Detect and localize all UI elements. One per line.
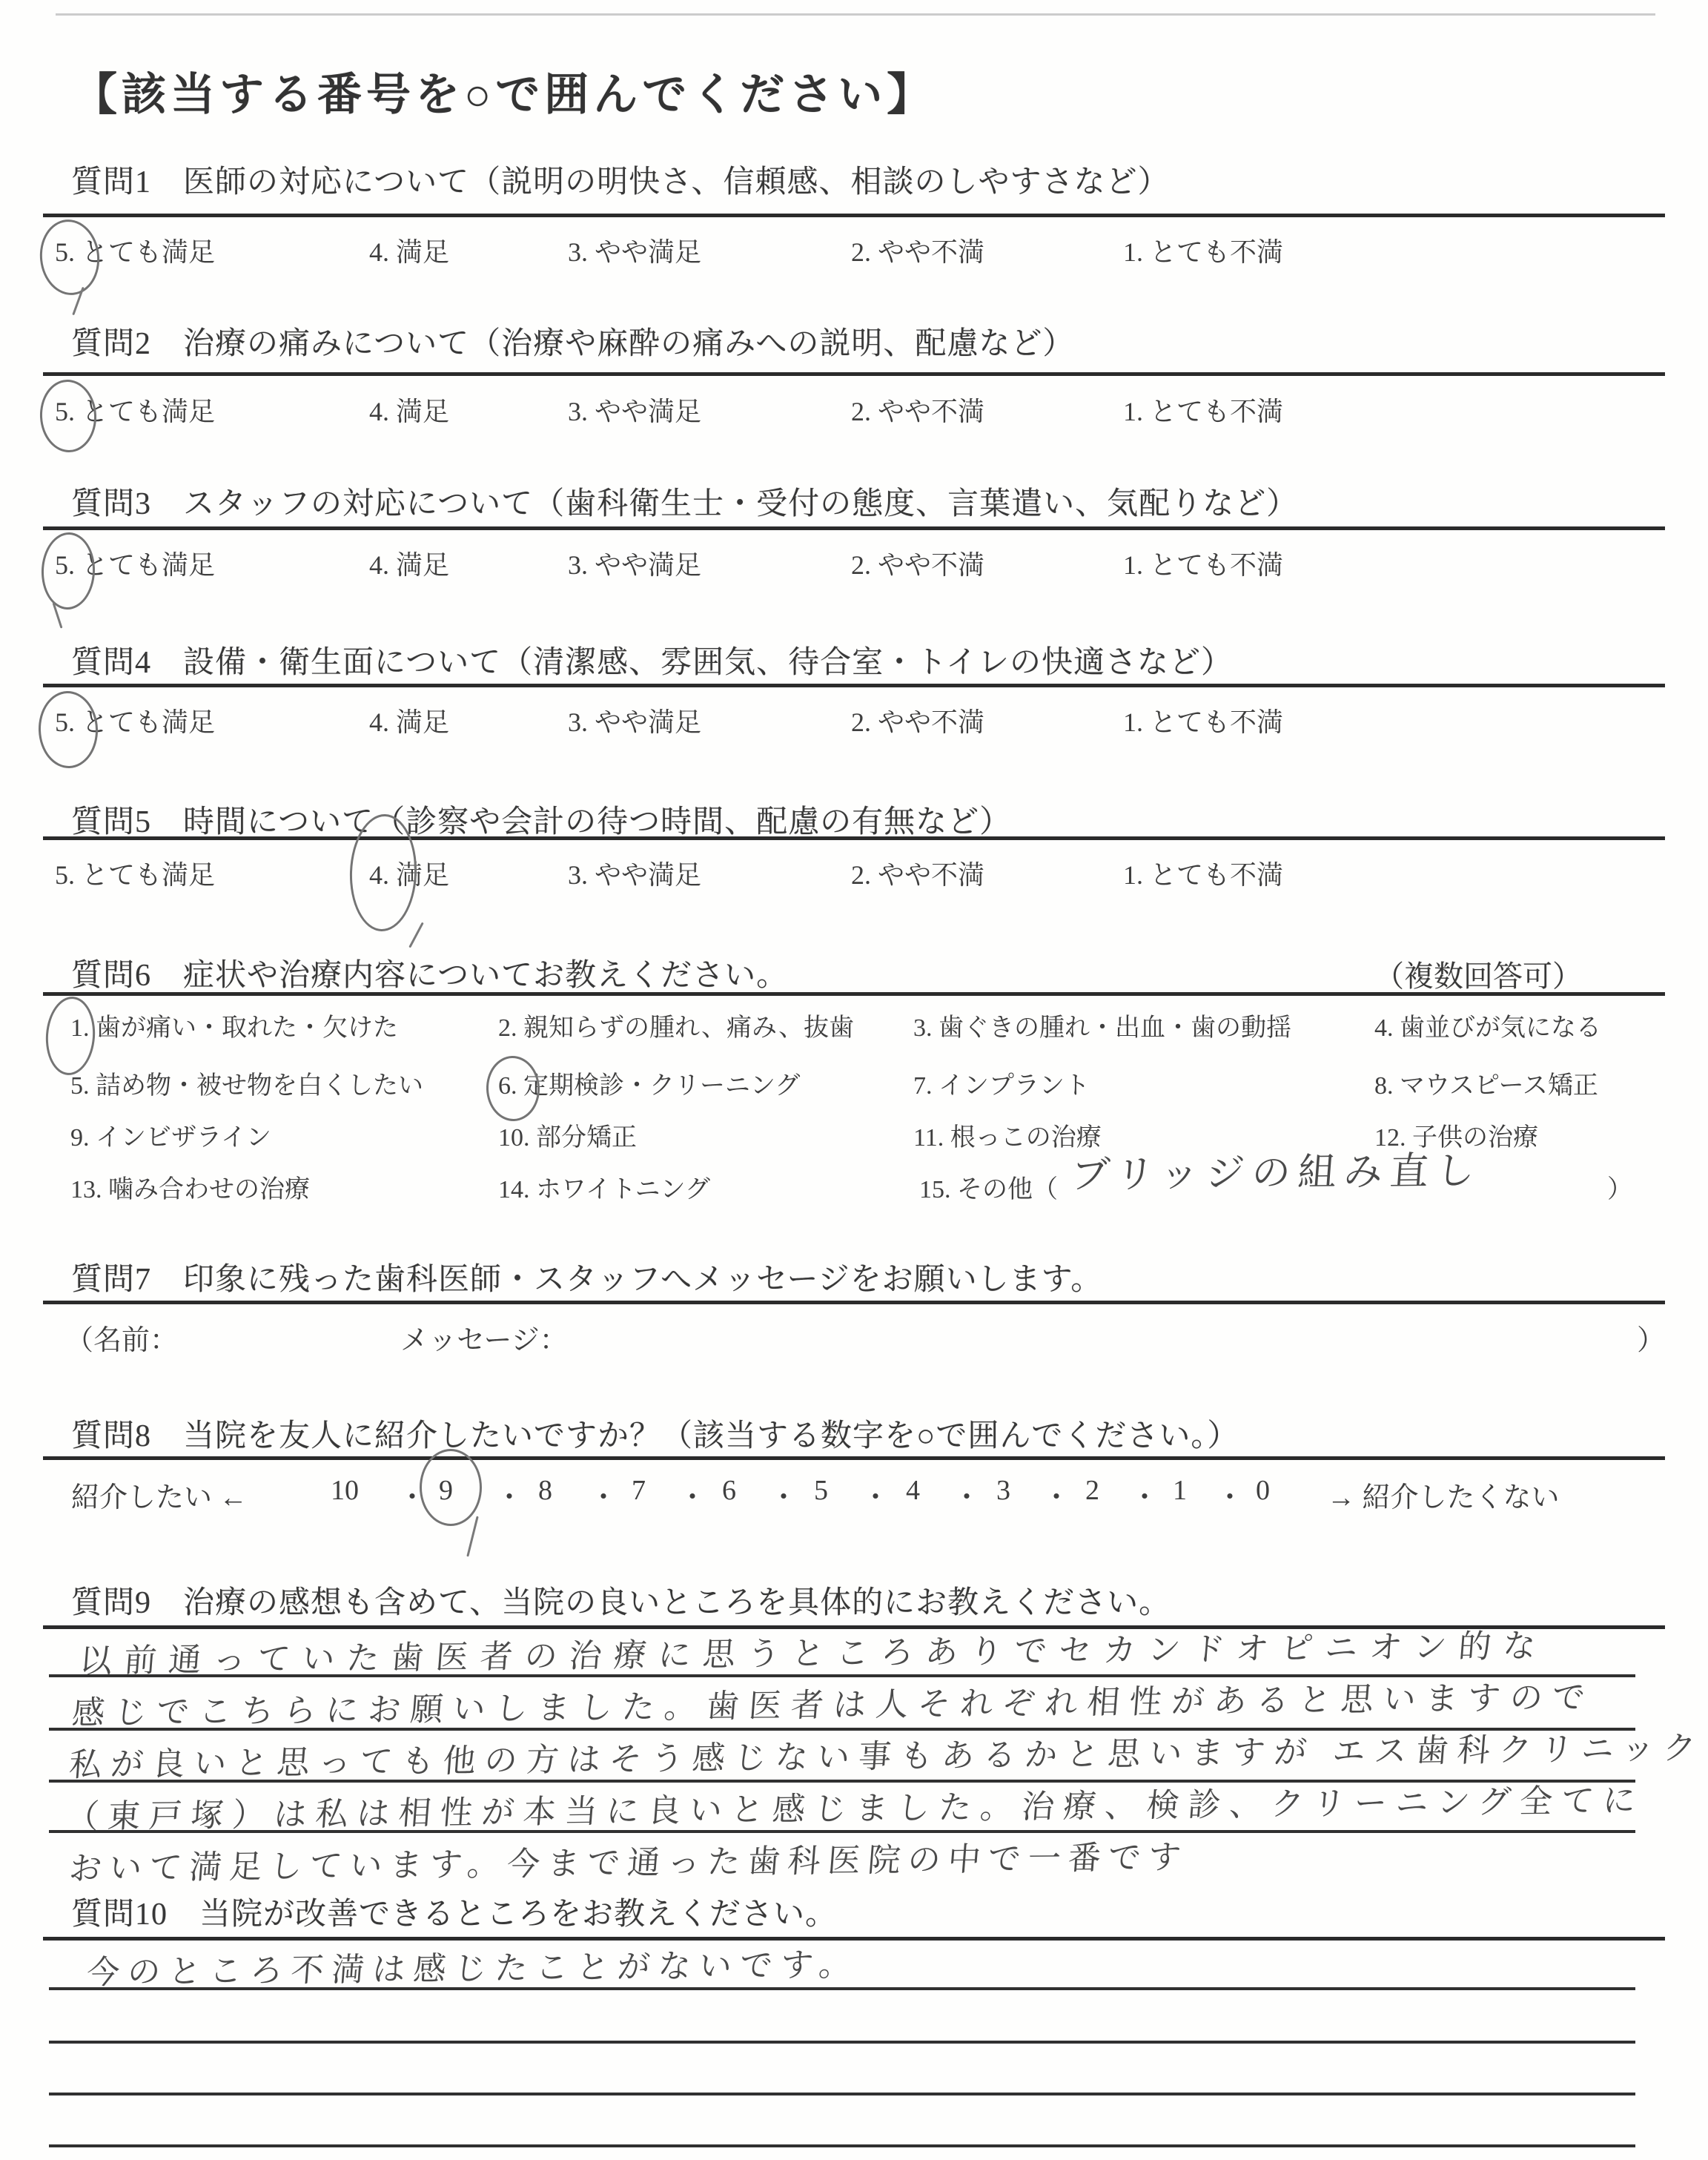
q1-option-4: 4. 満足 [369,231,449,269]
divider [43,684,1665,687]
q6-item-6: 6. 定期検診・クリーニング [498,1065,800,1101]
q9-heading: 質問9 治療の感想も含めて、当院の良いところを具体的にお教えください。 [71,1578,1171,1622]
q5-option-1: 1. とても不満 [1123,854,1283,892]
answer-line-rule [49,1987,1635,1990]
q9-answer-line-5: おいて満足しています。今まで通った歯科医院の中で一番です [67,1830,1191,1889]
q8-answer-circle [420,1449,482,1526]
divider [43,526,1665,530]
answer-line-rule [49,1830,1635,1833]
divider [43,214,1665,217]
q6-item-13: 13. 噛み合わせの治療 [70,1169,310,1205]
dot-separator: ・ [1216,1474,1244,1515]
q6-item-15-close-paren: ） [1607,1169,1632,1205]
q2-option-4: 4. 満足 [369,391,449,429]
q3-answer-circle [40,532,96,610]
q8-left-label: 紹介したい ← [71,1474,248,1515]
q6-other-handwritten-value: ブリッジの組み直し [1069,1139,1484,1199]
q6-item-5: 5. 詰め物・被せ物を白くしたい [70,1065,423,1101]
q6-heading: 質問6 症状や治療内容についてお教えください。 [71,951,788,995]
q10-answer-line: 今のところ不満は感じたことがないです。 [85,1938,861,1993]
q10-heading: 質問10 当院が改善できるところをお教えください。 [71,1889,837,1934]
q6-item-10: 10. 部分矯正 [498,1117,637,1153]
dot-separator: ・ [1131,1474,1159,1515]
answer-line-rule [49,2093,1635,2095]
q6-item-9: 9. インビザライン [70,1117,271,1153]
q4-option-2: 2. やや不満 [851,701,984,739]
dot-separator: ・ [589,1474,618,1515]
q8-number-7: 7 [632,1474,646,1507]
dot-separator: ・ [953,1474,981,1515]
q3-option-3: 3. やや満足 [568,544,701,582]
answer-line-rule [49,2144,1635,2147]
divider [43,372,1665,376]
q5-option-5: 5. とても満足 [55,854,215,892]
q8-number-2: 2 [1085,1474,1099,1507]
q6-item-3: 3. 歯ぐきの腫れ・出血・歯の動揺 [913,1007,1291,1043]
q8-number-3: 3 [996,1474,1010,1507]
q5-circle-tail [408,922,423,948]
q8-number-6: 6 [722,1474,736,1507]
page-title: 【該当する番号を○で囲んでください】 [73,59,936,123]
q8-number-5: 5 [814,1474,828,1507]
dot-separator: ・ [1042,1474,1070,1515]
dot-separator: ・ [769,1474,798,1515]
divider [43,836,1665,840]
q2-option-3: 3. やや満足 [568,391,701,429]
q5-heading: 質問5 時間について（診察や会計の待つ時間、配慮の有無など） [71,797,1011,842]
q8-number-10: 10 [331,1474,359,1507]
q6-item-2: 2. 親知らずの腫れ、痛み、抜歯 [498,1007,854,1043]
q6-item-14: 14. ホワイトニング [498,1169,710,1205]
q7-heading: 質問7 印象に残った歯科医師・スタッフへメッセージをお願いします。 [71,1255,1102,1299]
dot-separator: ・ [861,1474,890,1515]
q3-heading: 質問3 スタッフの対応について（歯科衛生士・受付の態度、言葉遣い、気配りなど） [71,479,1298,524]
q4-option-4: 4. 満足 [369,701,449,739]
q6-item-15: 15. その他（ [919,1169,1058,1205]
q1-answer-circle [36,217,103,298]
q3-option-2: 2. やや不満 [851,544,984,582]
q6-multi-answer-note: （複数回答可） [1374,953,1582,995]
q7-close-paren: ） [1637,1317,1665,1358]
q8-heading: 質問8 当院を友人に紹介したいですか？（該当する数字を○で囲んでください。） [71,1411,1239,1456]
q1-option-2: 2. やや不満 [851,231,984,269]
q3-option-1: 1. とても不満 [1123,544,1283,582]
q8-number-0: 0 [1256,1474,1270,1507]
q5-option-2: 2. やや不満 [851,854,984,892]
q6-item-7: 7. インプラント [913,1065,1090,1101]
q1-heading: 質問1 医師の対応について（説明の明快さ、信頼感、相談のしやすさなど） [71,157,1169,202]
q6-item-1: 1. 歯が痛い・取れた・欠けた [70,1007,398,1043]
q5-option-3: 3. やや満足 [568,854,701,892]
q8-number-4: 4 [906,1474,920,1507]
dot-separator: ・ [495,1474,523,1515]
answer-line-rule [49,2041,1635,2044]
q6-item-4: 4. 歯並びが気になる [1374,1007,1601,1043]
q3-option-4: 4. 満足 [369,544,449,582]
q4-option-1: 1. とても不満 [1123,701,1283,739]
q6-item-8: 8. マウスピース矯正 [1374,1065,1598,1101]
q8-number-1: 1 [1173,1474,1187,1507]
dental-survey-scan: 【該当する番号を○で囲んでください】 質問1 医師の対応について（説明の明快さ、… [0,0,1708,2160]
q2-option-1: 1. とても不満 [1123,391,1283,429]
divider [43,992,1665,996]
divider [43,1301,1665,1304]
q7-name-label: （名前： [65,1317,178,1358]
q2-answer-circle [38,378,98,454]
q2-option-2: 2. やや不満 [851,391,984,429]
q8-number-8: 8 [538,1474,552,1507]
q8-circle-tail [466,1516,478,1556]
q1-option-1: 1. とても不満 [1123,231,1283,269]
q4-option-3: 3. やや満足 [568,701,701,739]
q4-heading: 質問4 設備・衛生面について（清潔感、雰囲気、待合室・トイレの快適さなど） [71,638,1233,682]
q8-right-label: → 紹介したくない [1327,1474,1560,1515]
q7-message-label: メッセージ： [400,1317,568,1358]
dot-separator: ・ [678,1474,706,1515]
divider [43,1456,1665,1460]
q2-heading: 質問2 治療の痛みについて（治療や麻酔の痛みへの説明、配慮など） [71,319,1074,363]
scan-edge-line [56,13,1655,16]
q1-option-3: 3. やや満足 [568,231,701,269]
